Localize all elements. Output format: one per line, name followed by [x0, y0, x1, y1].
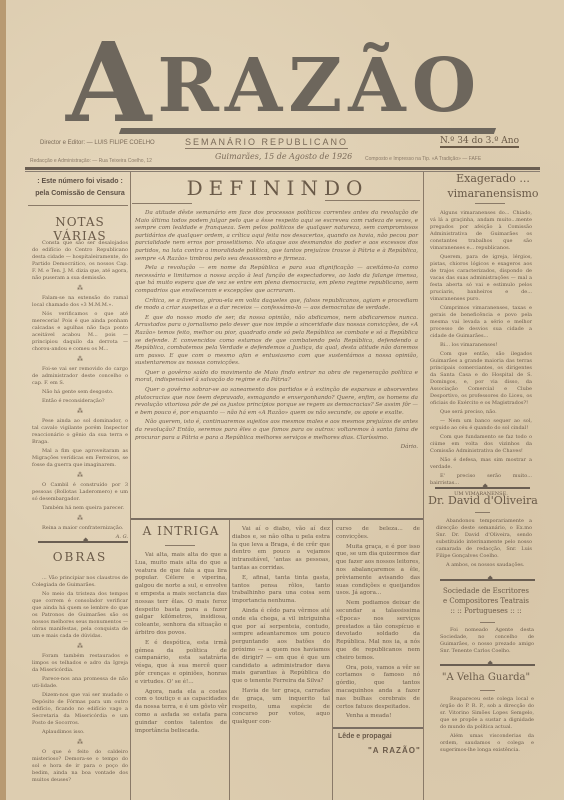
column-rule-2	[423, 172, 424, 800]
exagerado-heading-2: vimaranensismo	[428, 187, 558, 200]
paragraph: Ora, pois, vamos a vêr se cortamos o fam…	[336, 665, 420, 712]
section-divider	[435, 487, 530, 489]
newspaper-page: ARAZÃO Director e Editor: — LUIS FILIPE …	[0, 0, 564, 800]
paragraph: Além umas visconderias da ordem, saudamo…	[440, 733, 534, 754]
paragraph: Não é defesa, mas sim mostrar a verdade.	[430, 457, 532, 471]
obras-heading: OBRAS	[30, 550, 130, 564]
propagai-line2: "A RAZÃO"	[368, 746, 421, 755]
heading-rule-right	[325, 200, 420, 201]
propagai-line1: Lêde e propagai	[338, 733, 392, 740]
definindo-heading: DEFININDO	[135, 176, 420, 200]
paragraph: Quer o govêrno sobrar-se ao saneamento d…	[135, 387, 418, 417]
heading-underline	[480, 622, 495, 623]
issue-date: Guimarães, 15 de Agosto de 1926	[215, 152, 352, 161]
header-rule	[25, 167, 540, 170]
obras-body: ... Vão principiar nos claustros de Cole…	[32, 575, 128, 786]
paragraph: Querem, para de igreja, lérgios, pistas,…	[430, 254, 532, 303]
heading-underline	[165, 545, 195, 546]
notas-varias-heading: NOTAS VÁRIAS	[30, 215, 130, 243]
section-divider	[440, 579, 535, 581]
masthead: ARAZÃO	[30, 8, 530, 136]
paragraph: Nem podiamos deixar de secundar a talass…	[336, 600, 420, 662]
a-intriga-heading: A INTRIGA	[135, 524, 227, 538]
subtitle: SEMANÁRIO REPUBLICANO	[185, 137, 348, 149]
paragraph: Falam-se na extensão do ramal local cham…	[32, 295, 128, 309]
paragraph: E' preciso serão muito... bairristas...	[430, 473, 532, 487]
paragraph: Da atitude dêste semanário em face dos p…	[135, 210, 418, 263]
section-divider	[440, 664, 535, 666]
section-dots: ⁂	[32, 472, 128, 479]
section-dots: ⁂	[32, 739, 128, 746]
sociedade-heading-line2: e Compositores Teatrais	[436, 596, 536, 606]
definindo-body: Da atitude dêste semanário em face dos p…	[135, 210, 418, 452]
velha-guarda-body: Reapareceu este colega local e órgão do …	[440, 696, 534, 756]
paragraph: O Cambil é construído por 3 pessoas (Bol…	[32, 482, 128, 503]
velha-guarda-heading: "A Velha Guarda"	[436, 672, 536, 683]
paragraph: curso de beleza... de convicções.	[336, 526, 420, 542]
paragraph: Não há gente sem desgosto.	[32, 389, 128, 396]
column-rule-1	[130, 172, 131, 800]
logo-underline	[119, 128, 496, 134]
paragraph: Alguns vimaranenses do... Chiado, vá lá …	[430, 210, 532, 252]
section-dots: ⁂	[32, 285, 128, 292]
paragraph: Não querem, isto é, continuaremos sujeit…	[135, 419, 418, 442]
david-body: Abandonou temporariamente a direcção des…	[436, 518, 532, 571]
paragraph: ... Vão principiar nos claustros de Cole…	[32, 575, 128, 589]
signature: Dário.	[135, 444, 418, 452]
admin-line: Redacção e Administração: — Rua Teixeira…	[30, 158, 152, 164]
paragraph: Cúmprimos vimaranenses, taxas e gerais d…	[430, 305, 532, 340]
a-intriga-col3: curso de beleza... de convicções. Muita …	[336, 526, 420, 723]
david-heading: Dr. David d'Oliveira	[428, 494, 538, 507]
definindo-bottom-rule	[131, 518, 423, 520]
censor-rule	[28, 205, 128, 206]
paragraph: E que do nosso modo de ser, da nossa opi…	[135, 315, 418, 368]
paragraph: Foi-se vai ser removido do cargo de admi…	[32, 366, 128, 387]
section-dots: ⁂	[32, 408, 128, 415]
paragraph: Bi... los vimaranenses!	[430, 342, 532, 349]
paragraph: Venha a meada!	[336, 713, 420, 721]
paragraph: Consta que são ser desalojados do edifíc…	[32, 240, 128, 282]
section-dots: ⁂	[32, 643, 128, 650]
printer-line: Composto e Impresso na Tip. «A Tradição»…	[365, 156, 481, 162]
paragraph: E é despótica, esta irmã gémea da políti…	[135, 640, 227, 687]
column-rule-4	[332, 520, 333, 800]
column-rule-3	[229, 520, 230, 800]
exagerado-body: Alguns vimaranenses do... Chiado, vá lá …	[430, 210, 532, 498]
paragraph: Agora, nada ela a costas com o toutiço e…	[135, 689, 227, 736]
a-intriga-col2: Vai aí o diabo, vão aí dez diabos e, se …	[232, 526, 330, 729]
paragraph: Havia de ter graça, carradas de graça, u…	[232, 688, 330, 727]
section-dots: ⁂	[32, 515, 128, 522]
paragraph: E, afinal, tanta tinta gasta, tantos pen…	[232, 575, 330, 606]
paragraph: Parece-nos ana promessa de não uti-lidad…	[32, 676, 128, 690]
section-divider	[38, 541, 128, 543]
a-intriga-col1: Vai alta, mais alta do que a Lua, muito …	[135, 552, 227, 737]
paragraph: Reapareceu este colega local e órgão do …	[440, 696, 534, 731]
paragraph: Muita graça, e é por isso que, se um dia…	[336, 544, 420, 599]
director-line: Director e Editor: — LUIS FILIPE COELHO	[40, 140, 155, 146]
paragraph: Com que então, são ilegados Guimarães a …	[430, 351, 532, 407]
heading-rule-left	[132, 203, 192, 204]
paragraph: Dizem-nos que vai ser mudado o Depósito …	[32, 692, 128, 727]
paragraph: Vai aí o diabo, vão aí dez diabos e, se …	[232, 526, 330, 573]
section-dots: ⁂	[32, 356, 128, 363]
paragraph: Vai alta, mais alta do que a Lua, muito …	[135, 552, 227, 638]
paragraph: Então é reconsideração?	[32, 398, 128, 405]
paragraph: A ambos, os nossos saudações.	[436, 562, 532, 569]
paragraph: Também há nem queira parecer.	[32, 505, 128, 512]
paragraph: Abandonou temporariamente a direcção des…	[436, 518, 532, 560]
issue-number: N.º 34 do 3.º Ano	[440, 136, 519, 148]
paragraph: O que é feito do caldeiro misterioso? De…	[32, 749, 128, 784]
sociedade-heading: Sociedade de Escritores e Compositores T…	[436, 586, 536, 616]
sociedade-heading-line1: Sociedade de Escritores	[436, 586, 536, 596]
paragraph: Mal a fim que aproveitaram as Migrações …	[32, 448, 128, 469]
paragraph: Foi nomeado Agente desta Sociedade, no c…	[440, 627, 534, 655]
paragraph: Pela a revolução — em nome da República …	[135, 265, 418, 295]
heading-underline	[475, 512, 490, 513]
paragraph: Reina a maior confraternização.	[32, 525, 128, 532]
paragraph: Crítica, se a fizemos, girou-ela em volt…	[135, 298, 418, 313]
notas-varias-body: Consta que são ser desalojados do edifíc…	[32, 240, 128, 541]
paragraph: Ainda é cêdo para vêrmos até onde ela ch…	[232, 608, 330, 686]
paragraph: Aplaudimos isso.	[32, 729, 128, 736]
sociedade-heading-line3: :: :: Portugueses :: ::	[436, 606, 536, 616]
page-binding-edge	[0, 0, 6, 800]
propagai-rule	[333, 727, 423, 729]
censor-notice: : Este número foi visado : pela Comissão…	[30, 176, 130, 200]
paragraph: No meio da tristeza dos tempos que corre…	[32, 591, 128, 640]
paragraph: Com que fundamento se faz todo o ciúme e…	[430, 434, 532, 455]
paragraph: Nós verificamos o que até mereceria! Poi…	[32, 311, 128, 353]
paragraph: Quer o govêrno saído do movimento de Mai…	[135, 370, 418, 385]
paragraph: Que será preciso, não.	[430, 409, 532, 416]
paragraph: Foram também restaurados e limpos os tel…	[32, 653, 128, 674]
paragraph: — Nem um banco sequer ao sol, erguido ao…	[430, 418, 532, 432]
paragraph: Pese ainda ao sol dominador, o tal caval…	[32, 418, 128, 446]
exagerado-heading-1: Exagerado ...	[428, 172, 558, 185]
logo-word-razao: RAZÃO	[157, 43, 482, 129]
sociedade-body: Foi nomeado Agente desta Sociedade, no c…	[440, 627, 534, 657]
newspaper-logo: ARAZÃO	[66, 18, 482, 128]
signature: A. G.	[32, 534, 128, 541]
heading-underline	[480, 690, 495, 691]
heading-underline	[475, 203, 505, 204]
